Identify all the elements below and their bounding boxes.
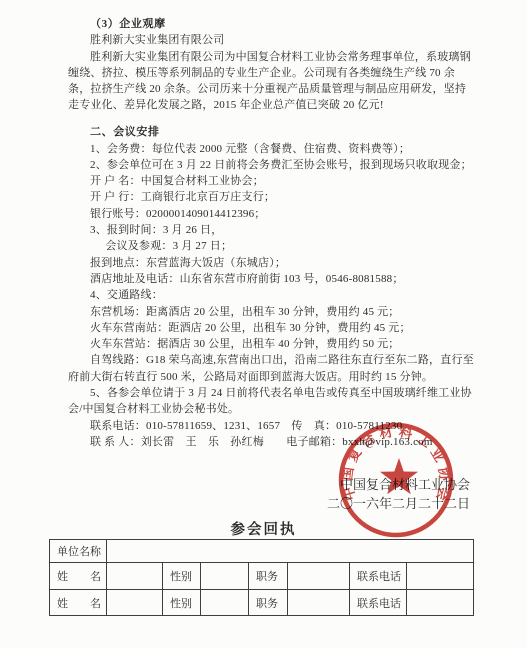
unit-name-label: 单位名称 [50,540,107,563]
phone-label: 联系电话 [350,563,407,590]
table-row: 单位名称 [50,540,474,563]
doc-line: 自驾线路：G18 荣乌高速,东营南出口出，沿南二路往东直行至东二路，直行至 [68,352,466,368]
gender-label: 性别 [163,590,201,616]
duty-label: 职务 [249,563,288,590]
doc-line: 火车东营南站：距酒店 20 公里，出租车 30 分钟，费用约 45 元； [68,320,466,336]
star-icon [380,458,418,494]
doc-line: （3）企业观摩 [68,16,466,32]
doc-line: 酒店地址及电话：山东省东营市府前街 103 号，0546-8081588； [68,271,466,287]
gender-cell [201,590,249,616]
duty-cell [288,563,350,590]
doc-line: 走专业化、差异化发展之路，2015 年企业总产值已突破 20 亿元! [68,97,466,113]
document-lines: （3）企业观摩胜利新大实业集团有限公司胜利新大实业集团有限公司为中国复合材料工业… [68,16,466,450]
name-label: 姓 名 [50,563,107,590]
phone-label: 联系电话 [350,590,407,616]
table-row: 姓 名 性别 职务 联系电话 [50,563,474,590]
phone-cell [407,590,474,616]
document-page: （3）企业观摩胜利新大实业集团有限公司胜利新大实业集团有限公司为中国复合材料工业… [0,0,527,648]
doc-line: 胜利新大实业集团有限公司为中国复合材料工业协会常务理事单位，系玻璃钢 [68,49,466,65]
doc-line: 胜利新大实业集团有限公司 [68,32,466,48]
name-cell [107,563,163,590]
doc-line: 条，拉挤生产线 20 余条。公司历来十分重视产品质量管理与制品应用研发，坚持 [68,81,466,97]
doc-line: 2、参会单位可在 3 月 22 日前将会务费汇至协会账号，报到现场只收取现金； [68,157,466,173]
phone-cell [407,563,474,590]
seal-ring-text: 中国复合材料工业协会 [339,423,454,503]
name-cell [107,590,163,616]
doc-line: 会议及参观：3 月 27 日； [68,238,466,254]
doc-line: 开 户 行：工商银行北京百万庄支行； [68,189,466,205]
doc-line: 府前大街右转直行 500 米，公路局对面即到蓝海大饭店。用时约 15 分钟。 [68,369,466,385]
doc-line: 银行账号：0200001409014412396； [68,206,466,222]
duty-cell [288,590,350,616]
doc-line: 5、各参会单位请于 3 月 24 日前将代表名单电告或传真至中国玻璃纤维工业协 [68,385,466,401]
receipt-table: 单位名称 姓 名 性别 职务 联系电话 姓 名 性别 职务 联系电话 [49,539,474,616]
receipt-title: 参会回执 [0,518,527,539]
gender-cell [201,563,249,590]
doc-line: 火车东营站：据酒店 30 公里，出租车 40 分钟，费用约 50 元； [68,336,466,352]
gender-label: 性别 [163,563,201,590]
doc-line: 东营机场：距离酒店 20 公里，出租车 30 分钟，费用约 45 元； [68,304,466,320]
doc-line: 开 户 名：中国复合材料工业协会； [68,173,466,189]
doc-line: 二、会议安排 [68,124,466,140]
doc-line: 报到地点：东营蓝海大饭店（东城店）； [68,255,466,271]
name-label: 姓 名 [50,590,107,616]
duty-label: 职务 [249,590,288,616]
unit-name-cell [107,540,474,563]
table-row: 姓 名 性别 职务 联系电话 [50,590,474,616]
doc-line: 缠绕、挤拉、模压等系列制品的专业生产企业。公司现有各类缠绕生产线 70 余 [68,65,466,81]
doc-line: 4、交通路线： [68,287,466,303]
doc-line: 3、报到时间：3 月 26 日， [68,222,466,238]
svg-text:中国复合材料工业协会: 中国复合材料工业协会 [339,423,454,503]
doc-line: 1、会务费：每位代表 2000 元整（含餐费、住宿费、资料费等）； [68,141,466,157]
